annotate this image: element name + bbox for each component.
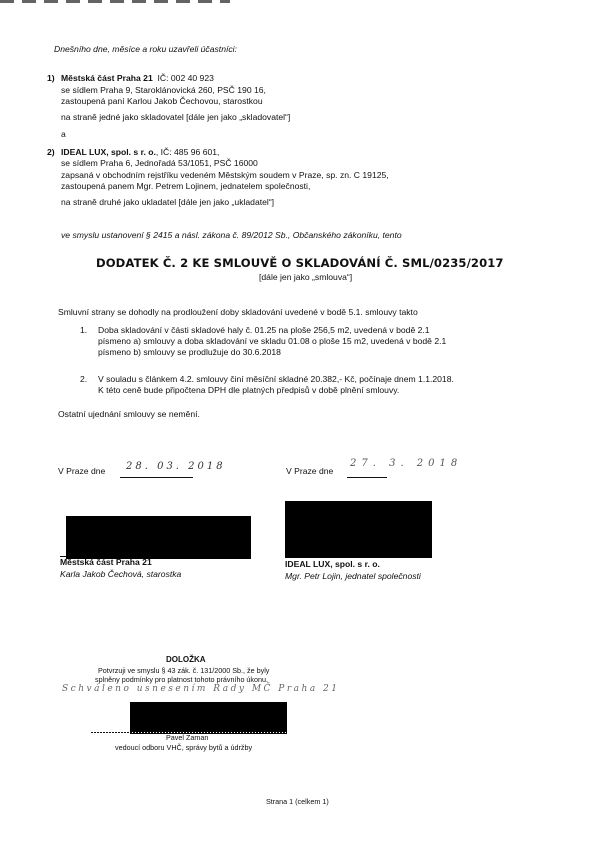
right-date-handwritten: 27. 3. 2018: [350, 458, 462, 469]
item-1-line-1: Doba skladování v části skladové haly č.…: [98, 325, 430, 336]
party2-ic: , IČ: 485 96 601,: [156, 147, 220, 157]
party1-address: se sídlem Praha 9, Staroklánovická 260, …: [61, 85, 266, 96]
right-place-label: V Praze dne: [286, 466, 333, 477]
clause-signer: Pavel Zaman: [166, 733, 208, 743]
party2-role: na straně druhé jako ukladatel [dále jen…: [61, 197, 274, 208]
scan-artifact-strip: [0, 0, 230, 3]
item-1-number: 1.: [80, 325, 87, 336]
party2-address: se sídlem Praha 6, Jednořadá 53/1051, PS…: [61, 158, 258, 169]
party1-header: Městská část Praha 21 IČ: 002 40 923: [61, 73, 214, 84]
intro-text: Dnešního dne, měsíce a roku uzavřeli úča…: [54, 44, 237, 55]
left-date-handwritten: 28. 03. 2018: [126, 461, 226, 472]
clause-handwritten-note: Schváleno usnesením Rady MČ Praha 21: [62, 684, 340, 694]
party2-represented: zastoupená panem Mgr. Petrem Lojinem, je…: [61, 181, 310, 192]
right-org-line: IDEAL LUX, spol. s r. o.: [285, 559, 380, 570]
item-1-line-2: písmeno a) smlouvy a doba skladování ve …: [98, 336, 446, 347]
party1-name: Městská část Praha 21: [61, 73, 153, 83]
party2-number: 2): [47, 147, 55, 158]
party2-name: IDEAL LUX, spol. s r. o.: [61, 147, 156, 157]
redacted-signature-clause: [130, 702, 287, 734]
document-title: DODATEK Č. 2 KE SMLOUVĚ O SKLADOVÁNÍ Č. …: [96, 256, 504, 270]
left-org: Městská část Praha 21: [60, 557, 152, 568]
item-2-number: 2.: [80, 374, 87, 385]
right-person: Mgr. Petr Lojin, jednatel společnosti: [285, 571, 421, 582]
party1-number: 1): [47, 73, 55, 84]
item-1-line-3: písmeno b) smlouvy se prodlužuje do 30.6…: [98, 347, 281, 358]
item-2-line-2: K této ceně bude připočtena DPH dle plat…: [98, 385, 399, 396]
page-footer: Strana 1 (celkem 1): [266, 797, 329, 807]
party1-represented: zastoupená paní Karlou Jakob Čechovou, s…: [61, 96, 263, 107]
legal-basis: ve smyslu ustanovení § 2415 a násl. záko…: [61, 230, 402, 241]
left-place-label: V Praze dne: [58, 466, 105, 477]
party1-role: na straně jedné jako skladovatel [dále j…: [61, 112, 290, 123]
right-org: IDEAL LUX, spol. s r. o.: [285, 559, 380, 569]
right-date-line: [347, 477, 387, 478]
redacted-signature-left: [66, 516, 251, 559]
item-2-line-1: V souladu s článkem 4.2. smlouvy činí mě…: [98, 374, 454, 385]
party2-register: zapsaná v obchodním rejstříku vedeném Mě…: [61, 170, 389, 181]
clause-heading: DOLOŽKA: [166, 655, 206, 665]
left-person: Karla Jakob Čechová, starostka: [60, 569, 181, 580]
left-date-line: [120, 477, 193, 478]
document-subtitle: [dále jen jako „smlouva“]: [259, 272, 352, 283]
clause-signer-role: vedoucí odboru VHČ, správy bytů a údržby: [115, 743, 252, 753]
party2-header: IDEAL LUX, spol. s r. o., IČ: 485 96 601…: [61, 147, 219, 158]
agreement-intro: Smluvní strany se dohodly na prodloužení…: [58, 307, 418, 318]
redacted-signature-right: [285, 501, 432, 558]
conjunction: a: [61, 129, 66, 140]
party1-ic: IČ: 002 40 923: [158, 73, 214, 83]
closing-text: Ostatní ujednání smlouvy se nemění.: [58, 409, 200, 420]
